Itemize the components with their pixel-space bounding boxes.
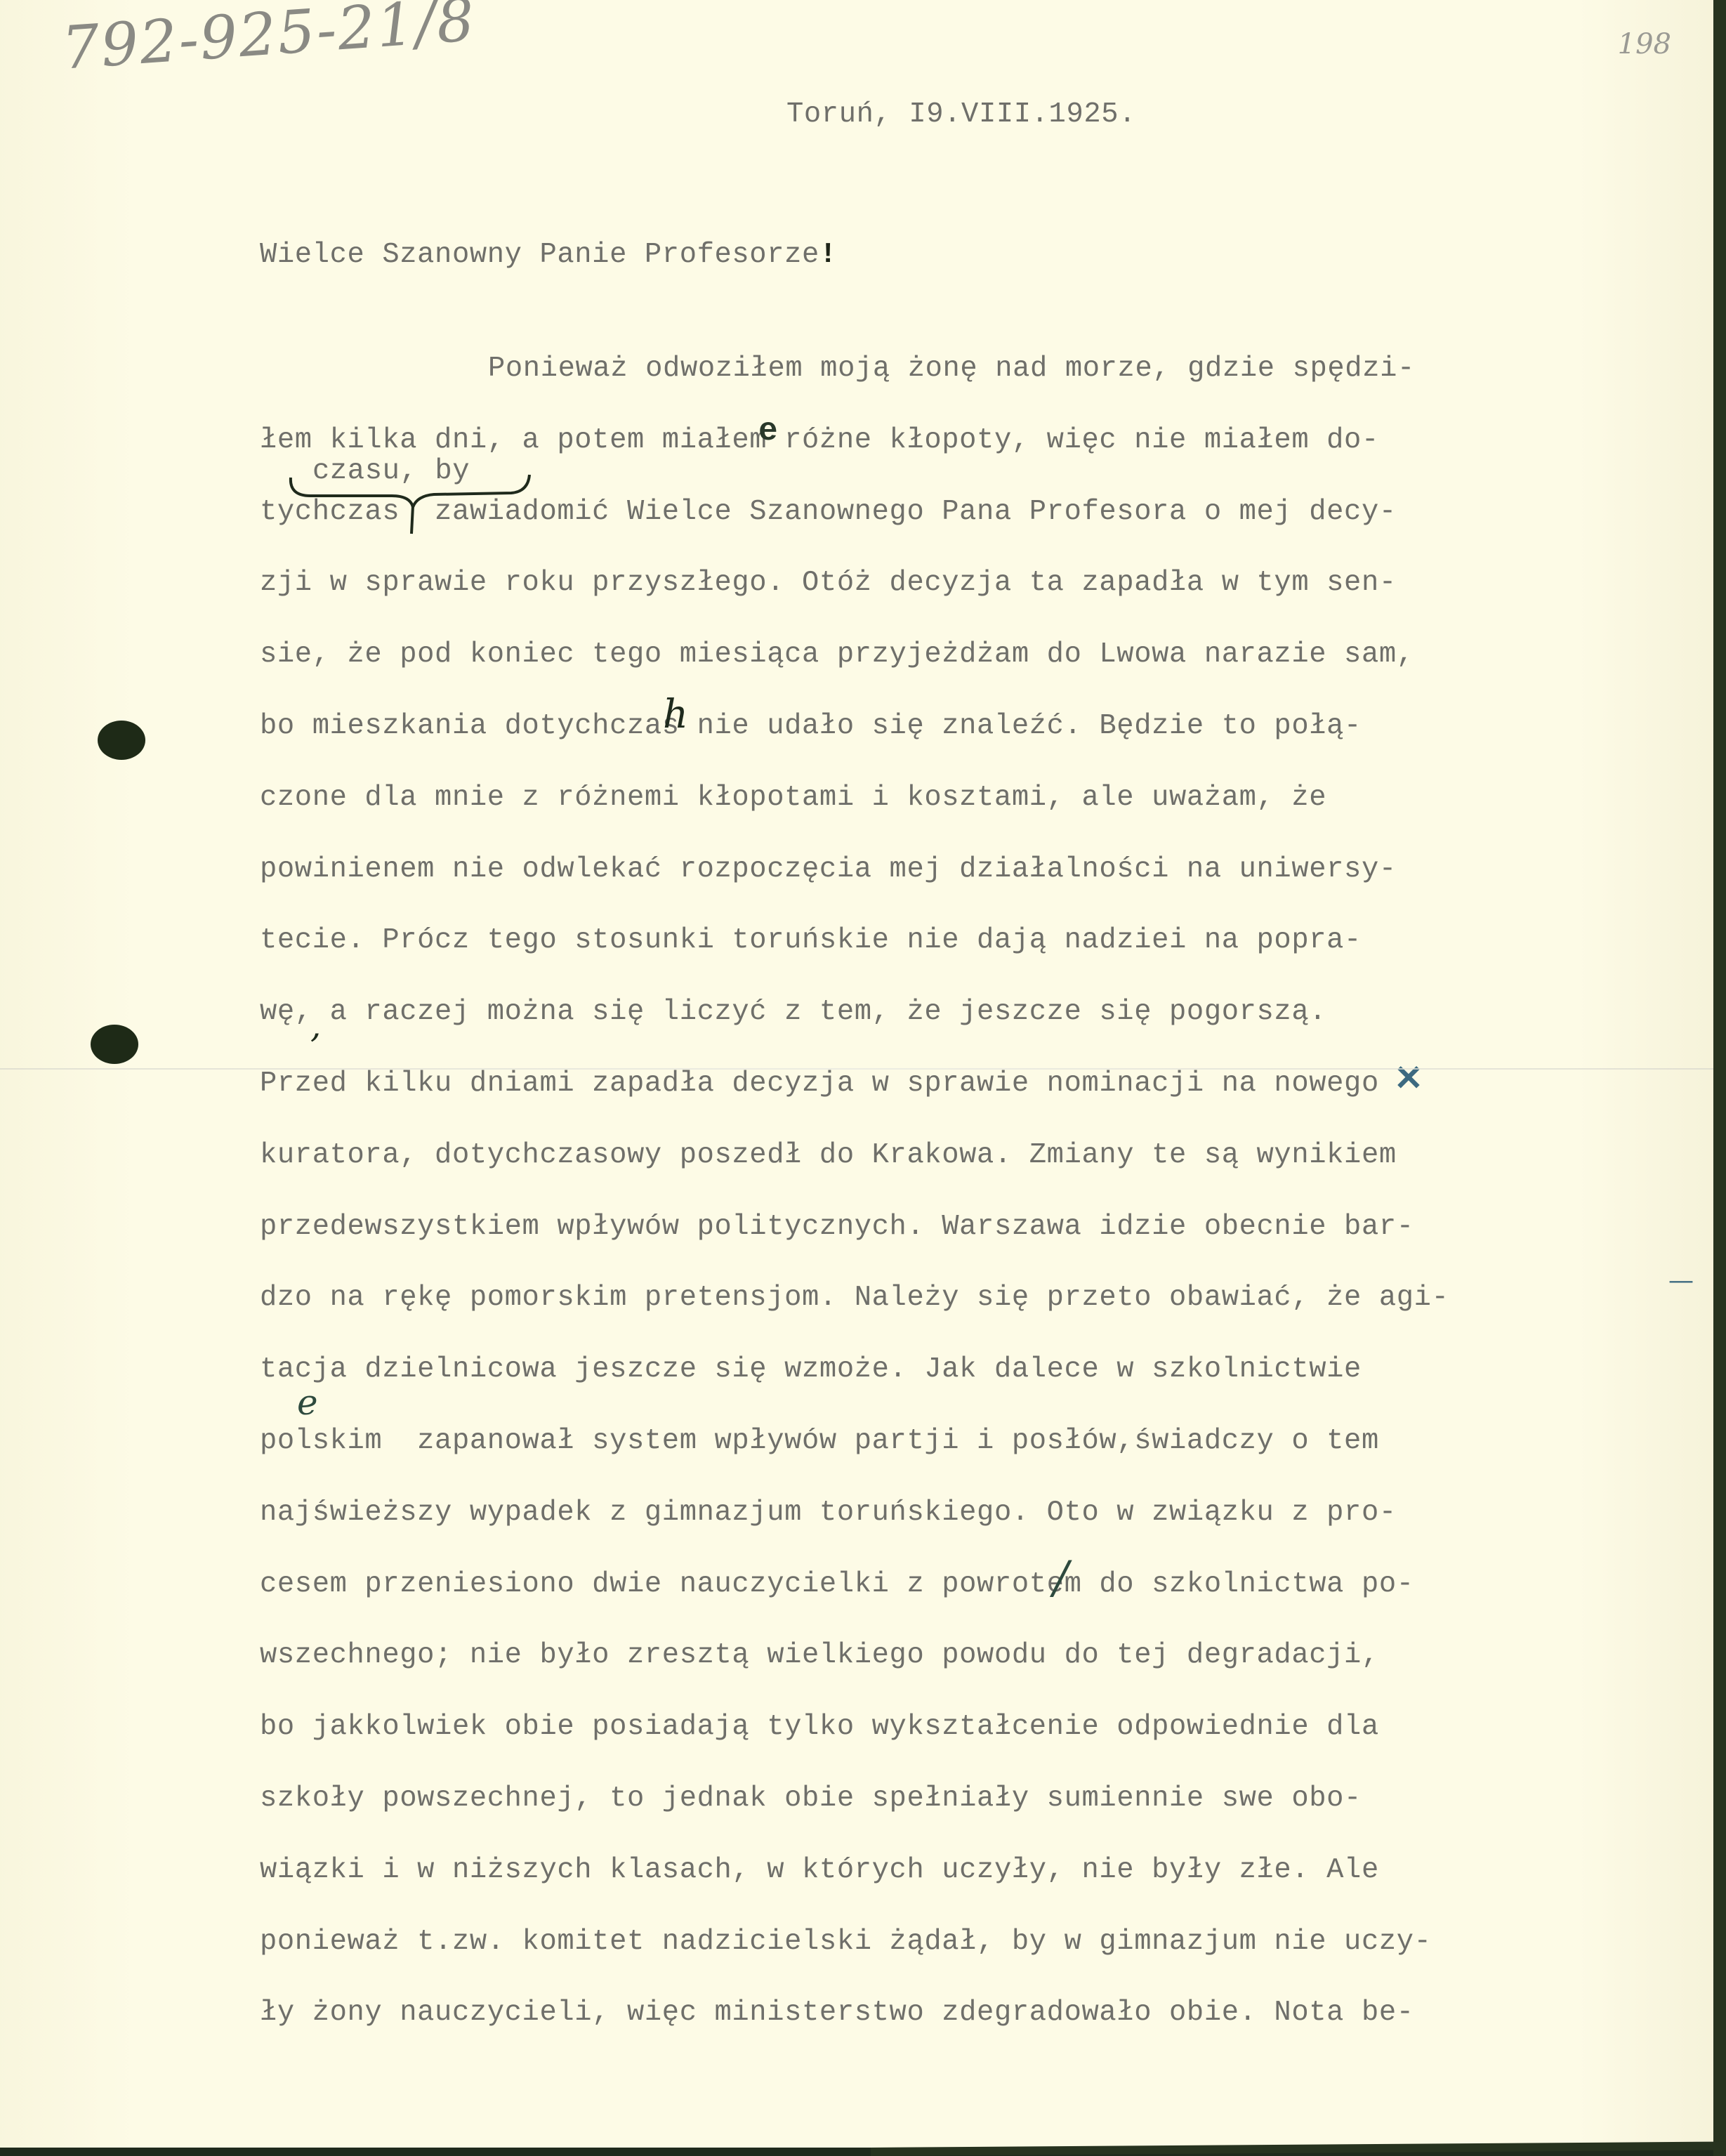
body-line: czone dla mnie z różnemi kłopotami i kos… <box>260 780 1449 852</box>
body-line: wiązki i w niższych klasach, w których u… <box>260 1853 1449 1924</box>
letter-body: Ponieważ odwoziłem moją żonę nad morze, … <box>260 351 1449 2067</box>
correction-letter-e: e <box>758 413 778 449</box>
salutation-exclamation: ! <box>819 239 837 271</box>
letter-page: 792-925-21/8 198 Toruń, I9.VIII.1925. Wi… <box>0 0 1713 2148</box>
archive-signature: 792-925-21/8 <box>60 0 477 83</box>
scan-border-right <box>1713 0 1726 2156</box>
correction-superscript-e: e <box>297 1382 318 1423</box>
correction-slash: / <box>1053 1552 1069 1604</box>
cross-out-mark-icon: ✕ <box>1394 1057 1423 1098</box>
punch-hole-icon <box>91 1025 138 1064</box>
punch-hole-icon <box>98 721 145 760</box>
body-line: tecie. Prócz tego stosunki toruńskie nie… <box>260 923 1449 994</box>
folio-number: 198 <box>1618 28 1671 60</box>
fold-line <box>0 1068 1713 1070</box>
body-line: sie, że pod koniec tego miesiąca przyjeż… <box>260 637 1449 709</box>
body-line: polskim zapanował system wpływów partji … <box>260 1424 1449 1495</box>
body-line: kuratora, dotychczasowy poszedł do Krako… <box>260 1138 1449 1209</box>
body-line: Ponieważ odwoziłem moją żonę nad morze, … <box>260 351 1449 423</box>
correction-letter-h: h <box>663 692 688 737</box>
body-line: cesem przeniesiono dwie nauczycielki z p… <box>260 1567 1449 1638</box>
body-line: powinienem nie odwlekać rozpoczęcia mej … <box>260 852 1449 923</box>
body-line: wę, a raczej można się liczyć z tem, że … <box>260 994 1449 1066</box>
date-line: Toruń, I9.VIII.1925. <box>786 98 1136 131</box>
body-line: najświeższy wypadek z gimnazjum toruński… <box>260 1495 1449 1567</box>
body-line: dzo na rękę pomorskim pretensjom. Należy… <box>260 1280 1449 1352</box>
correction-comma: , <box>310 1006 321 1046</box>
body-line: tychczas zawiadomić Wielce Szanownego Pa… <box>260 494 1449 566</box>
body-line: bo mieszkania dotychczas nie udało się z… <box>260 709 1449 780</box>
body-line: ły żony nauczycieli, więc ministerstwo z… <box>260 1995 1449 2067</box>
body-line: bo jakkolwiek obie posiadają tylko wyksz… <box>260 1709 1449 1781</box>
body-line: wszechnego; nie było zresztą wielkiego p… <box>260 1638 1449 1709</box>
body-line: zji w sprawie roku przyszłego. Otóż decy… <box>260 565 1449 637</box>
body-line: szkoły powszechnej, to jednak obie spełn… <box>260 1781 1449 1853</box>
body-line: łem kilka dni, a potem miałem różne kłop… <box>260 423 1449 494</box>
hyphen-correction: — <box>1668 1266 1694 1295</box>
body-line: przedewszystkiem wpływów politycznych. W… <box>260 1209 1449 1281</box>
salutation-text: Wielce Szanowny Panie Profesorze <box>260 239 819 271</box>
body-line: tacja dzielnicowa jeszcze się wzmoże. Ja… <box>260 1352 1449 1424</box>
body-line: ponieważ t.zw. komitet nadzicielski żąda… <box>260 1924 1449 1996</box>
salutation: Wielce Szanowny Panie Profesorze! <box>260 239 837 271</box>
body-line: Przed kilku dniami zapadła decyzja w spr… <box>260 1066 1449 1138</box>
